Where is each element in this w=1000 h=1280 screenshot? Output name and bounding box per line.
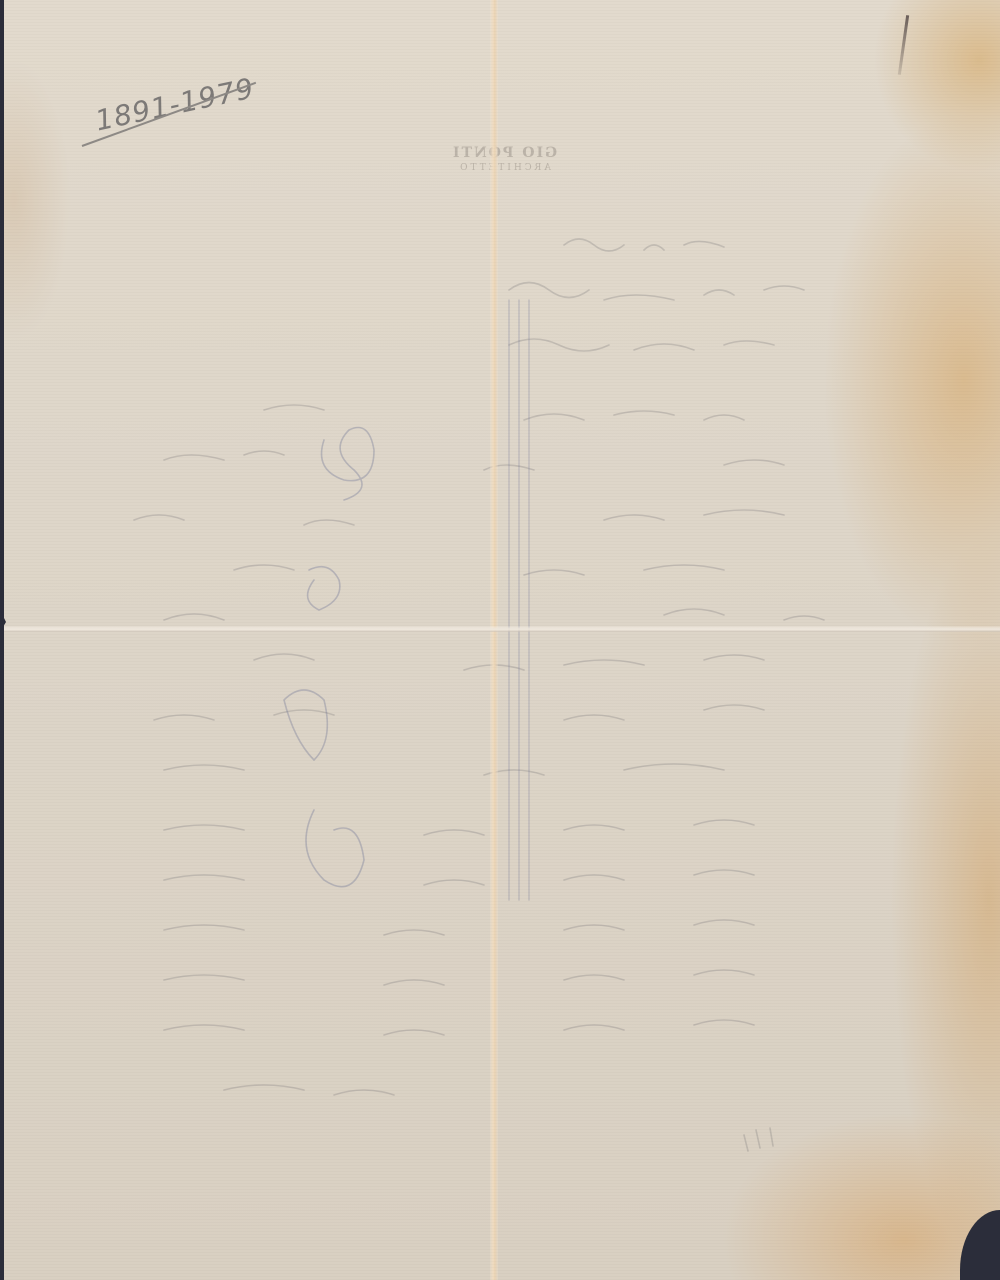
- letterhead-name: GIO PONTI: [444, 145, 564, 161]
- letterhead-title: ARCHITETTO: [444, 163, 564, 173]
- paper-sheet: GIO PONTI ARCHITETTO 1891-1979: [4, 0, 1000, 1280]
- horizontal-fold-crease: [4, 626, 1000, 632]
- bleed-through-handwriting: [4, 0, 1000, 1280]
- mirrored-letterhead: GIO PONTI ARCHITETTO: [444, 145, 564, 173]
- vertical-fold-crease: [490, 0, 498, 1280]
- left-edge-tear: [0, 610, 6, 632]
